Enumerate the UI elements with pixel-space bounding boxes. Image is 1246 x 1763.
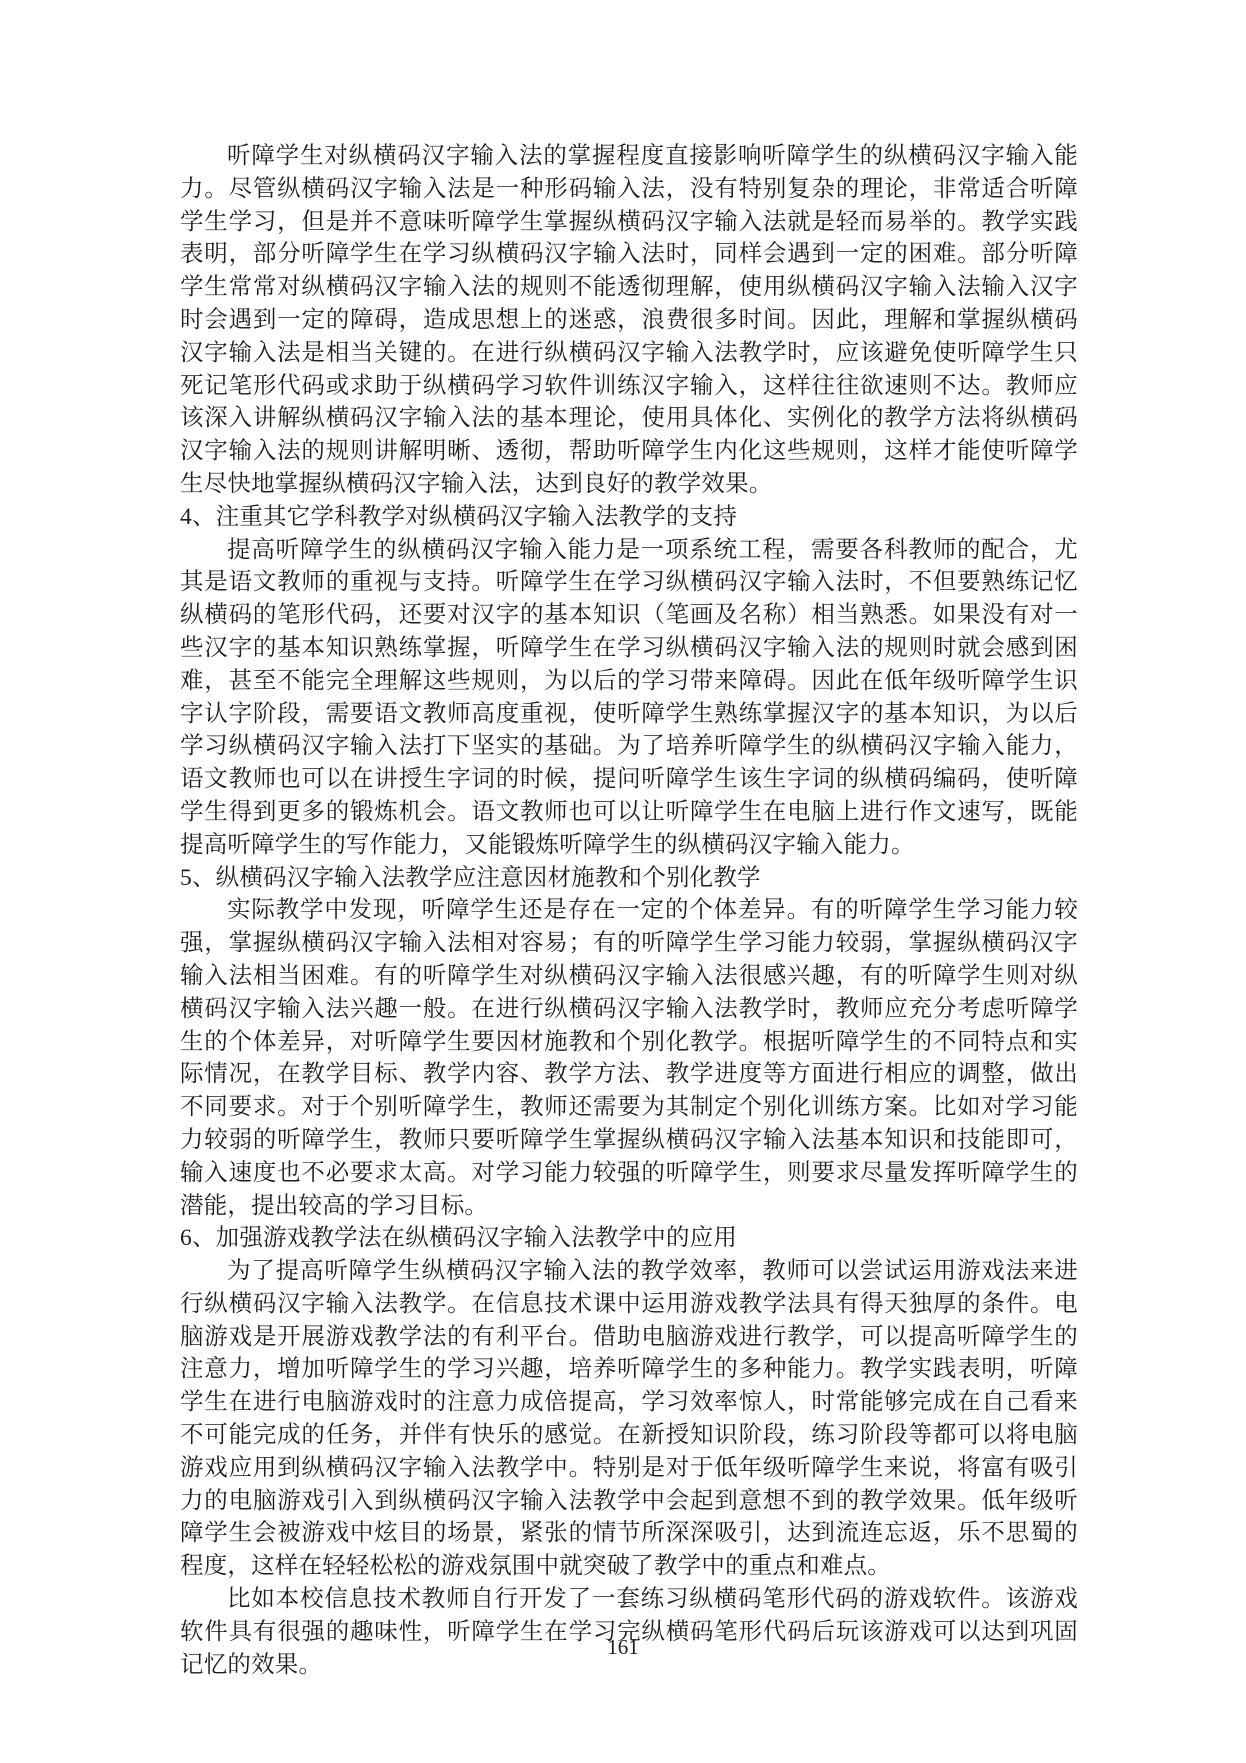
paragraph-input-method-mastery: 听障学生对纵横码汉字输入法的掌握程度直接影响听障学生的纵横码汉字输入能力。尽管纵… — [180, 140, 1078, 501]
paragraph-individualized-teaching: 实际教学中发现，听障学生还是存在一定的个体差异。有的听障学生学习能力较强，掌握纵… — [180, 894, 1078, 1222]
document-page: 听障学生对纵横码汉字输入法的掌握程度直接影响听障学生的纵横码汉字输入能力。尽管纵… — [0, 0, 1246, 1763]
document-text-block: 听障学生对纵横码汉字输入法的掌握程度直接影响听障学生的纵横码汉字输入能力。尽管纵… — [180, 140, 1078, 1681]
page-number: 161 — [607, 1635, 639, 1659]
paragraph-school-game-software: 比如本校信息技术教师自行开发了一套练习纵横码笔形代码的游戏软件。该游戏软件具有很… — [180, 1583, 1078, 1681]
paragraph-game-teaching-method: 为了提高听障学生纵横码汉字输入法的教学效率，教师可以尝试运用游戏法来进行纵横码汉… — [180, 1255, 1078, 1583]
page-footer: 161 — [0, 1635, 1246, 1660]
section-heading-4: 4、注重其它学科教学对纵横码汉字输入法教学的支持 — [180, 501, 1078, 534]
section-heading-6: 6、加强游戏教学法在纵横码汉字输入法教学中的应用 — [180, 1222, 1078, 1255]
section-heading-5: 5、纵横码汉字输入法教学应注意因材施教和个别化教学 — [180, 862, 1078, 895]
paragraph-subject-support: 提高听障学生的纵横码汉字输入能力是一项系统工程，需要各科教师的配合，尤其是语文教… — [180, 534, 1078, 862]
